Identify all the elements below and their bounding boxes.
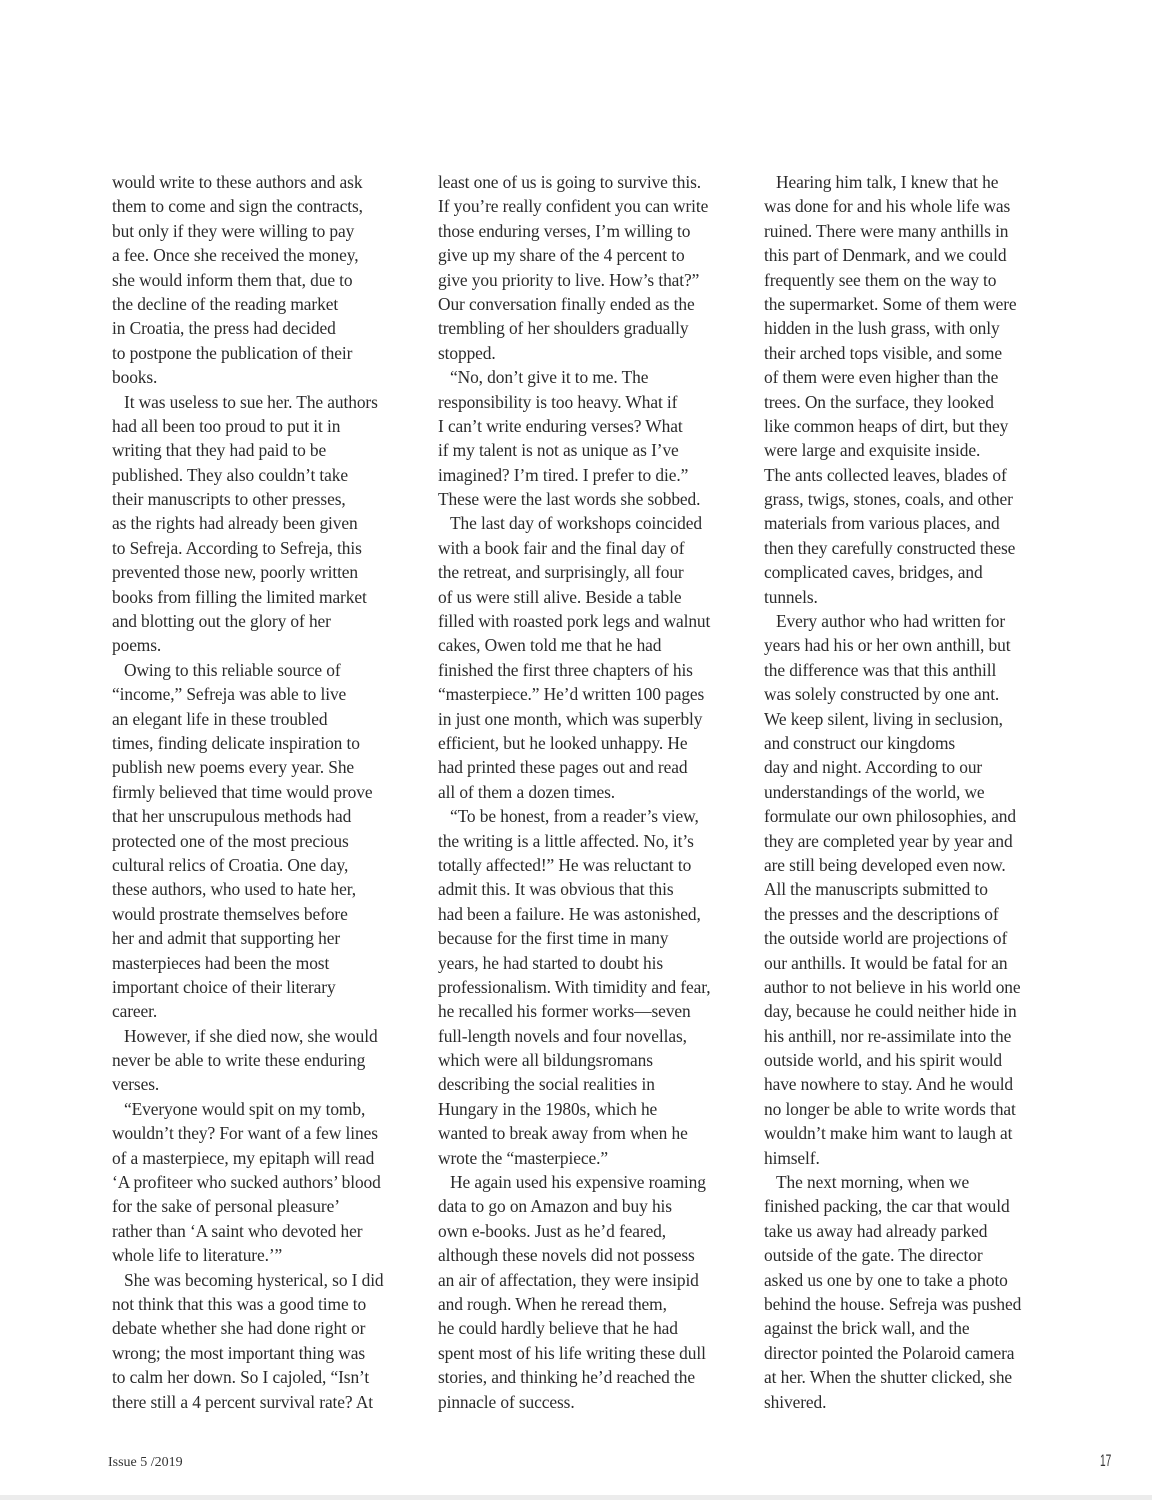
text-line: have nowhere to stay. And he would xyxy=(764,1072,1084,1096)
text-line: for the sake of personal pleasure’ xyxy=(112,1194,432,1218)
text-line: the outside world are projections of xyxy=(764,926,1084,950)
text-line: firmly believed that time would prove xyxy=(112,780,432,804)
text-line: at her. When the shutter clicked, she xyxy=(764,1365,1084,1389)
text-line: formulate our own philosophies, and xyxy=(764,804,1084,828)
text-line: admit this. It was obvious that this xyxy=(438,877,758,901)
text-line: an air of affectation, they were insipid xyxy=(438,1268,758,1292)
text-line: in just one month, which was superbly xyxy=(438,707,758,731)
text-line: “To be honest, from a reader’s view, xyxy=(438,804,758,828)
text-line: We keep silent, living in seclusion, xyxy=(764,707,1084,731)
text-line: author to not believe in his world one xyxy=(764,975,1084,999)
text-line: Owing to this reliable source of xyxy=(112,658,432,682)
magazine-page: would write to these authors and askthem… xyxy=(0,0,1152,1495)
text-line: ‘A profiteer who sucked authors’ blood xyxy=(112,1170,432,1194)
text-line: the writing is a little affected. No, it… xyxy=(438,829,758,853)
page-bottom-edge xyxy=(0,1495,1152,1500)
text-line: himself. xyxy=(764,1146,1084,1170)
text-line: rather than ‘A saint who devoted her xyxy=(112,1219,432,1243)
text-line: She was becoming hysterical, so I did xyxy=(112,1268,432,1292)
text-line: with a book fair and the final day of xyxy=(438,536,758,560)
text-line: finished packing, the car that would xyxy=(764,1194,1084,1218)
text-line: had all been too proud to put it in xyxy=(112,414,432,438)
text-line: an elegant life in these troubled xyxy=(112,707,432,731)
text-line: had printed these pages out and read xyxy=(438,755,758,779)
text-line: stopped. xyxy=(438,341,758,365)
text-line: describing the social realities in xyxy=(438,1072,758,1096)
text-line: had been a failure. He was astonished, xyxy=(438,902,758,926)
text-line: The next morning, when we xyxy=(764,1170,1084,1194)
text-line: he could hardly believe that he had xyxy=(438,1316,758,1340)
text-line: wrote the “masterpiece.” xyxy=(438,1146,758,1170)
text-line: masterpieces had been the most xyxy=(112,951,432,975)
text-line: against the brick wall, and the xyxy=(764,1316,1084,1340)
text-line: all of them a dozen times. xyxy=(438,780,758,804)
text-line: in Croatia, the press had decided xyxy=(112,316,432,340)
text-line: “Everyone would spit on my tomb, xyxy=(112,1097,432,1121)
text-line: his anthill, nor re-assimilate into the xyxy=(764,1024,1084,1048)
text-line: years, he had started to doubt his xyxy=(438,951,758,975)
text-line: them to come and sign the contracts, xyxy=(112,194,432,218)
text-line: “No, don’t give it to me. The xyxy=(438,365,758,389)
text-line: and blotting out the glory of her xyxy=(112,609,432,633)
text-line: efficient, but he looked unhappy. He xyxy=(438,731,758,755)
text-line: It was useless to sue her. The authors xyxy=(112,390,432,414)
text-line: a fee. Once she received the money, xyxy=(112,243,432,267)
text-line: of us were still alive. Beside a table xyxy=(438,585,758,609)
text-line: Every author who had written for xyxy=(764,609,1084,633)
text-line: published. They also couldn’t take xyxy=(112,463,432,487)
text-line: cultural relics of Croatia. One day, xyxy=(112,853,432,877)
text-line: cakes, Owen told me that he had xyxy=(438,633,758,657)
text-line: full-length novels and four novellas, xyxy=(438,1024,758,1048)
text-line: not think that this was a good time to xyxy=(112,1292,432,1316)
text-line: grass, twigs, stones, coals, and other xyxy=(764,487,1084,511)
text-line: our anthills. It would be fatal for an xyxy=(764,951,1084,975)
text-line: books. xyxy=(112,365,432,389)
text-line: “income,” Sefreja was able to live xyxy=(112,682,432,706)
text-line: responsibility is too heavy. What if xyxy=(438,390,758,414)
text-line: behind the house. Sefreja was pushed xyxy=(764,1292,1084,1316)
text-line: understandings of the world, we xyxy=(764,780,1084,804)
text-line: was solely constructed by one ant. xyxy=(764,682,1084,706)
text-line: she would inform them that, due to xyxy=(112,268,432,292)
text-line: although these novels did not possess xyxy=(438,1243,758,1267)
text-line: ruined. There were many anthills in xyxy=(764,219,1084,243)
text-line: prevented those new, poorly written xyxy=(112,560,432,584)
text-line: like common heaps of dirt, but they xyxy=(764,414,1084,438)
text-line: The last day of workshops coincided xyxy=(438,511,758,535)
text-line: he recalled his former works—seven xyxy=(438,999,758,1023)
text-line: career. xyxy=(112,999,432,1023)
text-line: her and admit that supporting her xyxy=(112,926,432,950)
text-line: stories, and thinking he’d reached the xyxy=(438,1365,758,1389)
text-line: years had his or her own anthill, but xyxy=(764,633,1084,657)
text-line: materials from various places, and xyxy=(764,511,1084,535)
text-line: own e-books. Just as he’d feared, xyxy=(438,1219,758,1243)
text-line: He again used his expensive roaming xyxy=(438,1170,758,1194)
text-line: there still a 4 percent survival rate? A… xyxy=(112,1390,432,1414)
text-line: of a masterpiece, my epitaph will read xyxy=(112,1146,432,1170)
text-line: filled with roasted pork legs and walnut xyxy=(438,609,758,633)
text-line: shivered. xyxy=(764,1390,1084,1414)
text-line: give up my share of the 4 percent to xyxy=(438,243,758,267)
text-line: are still being developed even now. xyxy=(764,853,1084,877)
text-line: least one of us is going to survive this… xyxy=(438,170,758,194)
text-line: and rough. When he reread them, xyxy=(438,1292,758,1316)
text-line: These were the last words she sobbed. xyxy=(438,487,758,511)
text-line: this part of Denmark, and we could xyxy=(764,243,1084,267)
text-line: the decline of the reading market xyxy=(112,292,432,316)
text-line: totally affected!” He was reluctant to xyxy=(438,853,758,877)
text-line: day and night. According to our xyxy=(764,755,1084,779)
issue-label: Issue 5 /2019 xyxy=(108,1455,183,1471)
text-line: “masterpiece.” He’d written 100 pages xyxy=(438,682,758,706)
text-line: to Sefreja. According to Sefreja, this xyxy=(112,536,432,560)
text-line: I can’t write enduring verses? What xyxy=(438,414,758,438)
text-line: trees. On the surface, they looked xyxy=(764,390,1084,414)
text-line: but only if they were willing to pay xyxy=(112,219,432,243)
text-line: frequently see them on the way to xyxy=(764,268,1084,292)
page-number: 17 xyxy=(1100,1451,1111,1471)
text-line: outside of the gate. The director xyxy=(764,1243,1084,1267)
text-line: Hungary in the 1980s, which he xyxy=(438,1097,758,1121)
text-line: if my talent is not as unique as I’ve xyxy=(438,438,758,462)
text-line: All the manuscripts submitted to xyxy=(764,877,1084,901)
text-line: day, because he could neither hide in xyxy=(764,999,1084,1023)
text-line: verses. xyxy=(112,1072,432,1096)
text-line: tunnels. xyxy=(764,585,1084,609)
text-line: they are completed year by year and xyxy=(764,829,1084,853)
text-line: to calm her down. So I cajoled, “Isn’t xyxy=(112,1365,432,1389)
text-line: Our conversation finally ended as the xyxy=(438,292,758,316)
text-line: never be able to write these enduring xyxy=(112,1048,432,1072)
text-line: then they carefully constructed these xyxy=(764,536,1084,560)
text-line: wouldn’t they? For want of a few lines xyxy=(112,1121,432,1145)
text-line: pinnacle of success. xyxy=(438,1390,758,1414)
text-line: director pointed the Polaroid camera xyxy=(764,1341,1084,1365)
text-line: which were all bildungsromans xyxy=(438,1048,758,1072)
text-line: the presses and the descriptions of xyxy=(764,902,1084,926)
text-line: books from filling the limited market xyxy=(112,585,432,609)
text-line: trembling of her shoulders gradually xyxy=(438,316,758,340)
text-line: the retreat, and surprisingly, all four xyxy=(438,560,758,584)
text-line: important choice of their literary xyxy=(112,975,432,999)
text-line: complicated caves, bridges, and xyxy=(764,560,1084,584)
text-column-1: would write to these authors and askthem… xyxy=(112,170,432,1414)
text-line: no longer be able to write words that xyxy=(764,1097,1084,1121)
text-line: spent most of his life writing these dul… xyxy=(438,1341,758,1365)
text-line: imagined? I’m tired. I prefer to die.” xyxy=(438,463,758,487)
text-line: of them were even higher than the xyxy=(764,365,1084,389)
text-line: were large and exquisite inside. xyxy=(764,438,1084,462)
text-line: take us away had already parked xyxy=(764,1219,1084,1243)
text-line: wouldn’t make him want to laugh at xyxy=(764,1121,1084,1145)
text-line: protected one of the most precious xyxy=(112,829,432,853)
text-line: asked us one by one to take a photo xyxy=(764,1268,1084,1292)
text-line: Hearing him talk, I knew that he xyxy=(764,170,1084,194)
text-line: writing that they had paid to be xyxy=(112,438,432,462)
text-line: as the rights had already been given xyxy=(112,511,432,535)
text-column-3: Hearing him talk, I knew that hewas done… xyxy=(764,170,1084,1414)
text-line: The ants collected leaves, blades of xyxy=(764,463,1084,487)
text-line: these authors, who used to hate her, xyxy=(112,877,432,901)
text-line: would write to these authors and ask xyxy=(112,170,432,194)
text-line: debate whether she had done right or xyxy=(112,1316,432,1340)
text-line: give you priority to live. How’s that?” xyxy=(438,268,758,292)
text-line: outside world, and his spirit would xyxy=(764,1048,1084,1072)
text-column-2: least one of us is going to survive this… xyxy=(438,170,758,1414)
text-line: finished the first three chapters of his xyxy=(438,658,758,682)
text-line: the difference was that this anthill xyxy=(764,658,1084,682)
text-line: publish new poems every year. She xyxy=(112,755,432,779)
text-line: If you’re really confident you can write xyxy=(438,194,758,218)
text-line: and construct our kingdoms xyxy=(764,731,1084,755)
text-line: wanted to break away from when he xyxy=(438,1121,758,1145)
text-line: hidden in the lush grass, with only xyxy=(764,316,1084,340)
text-line: wrong; the most important thing was xyxy=(112,1341,432,1365)
text-line: that her unscrupulous methods had xyxy=(112,804,432,828)
text-line: the supermarket. Some of them were xyxy=(764,292,1084,316)
text-line: their arched tops visible, and some xyxy=(764,341,1084,365)
text-line: poems. xyxy=(112,633,432,657)
text-line: However, if she died now, she would xyxy=(112,1024,432,1048)
text-line: whole life to literature.’” xyxy=(112,1243,432,1267)
text-line: professionalism. With timidity and fear, xyxy=(438,975,758,999)
text-line: their manuscripts to other presses, xyxy=(112,487,432,511)
text-line: was done for and his whole life was xyxy=(764,194,1084,218)
text-line: times, finding delicate inspiration to xyxy=(112,731,432,755)
text-line: data to go on Amazon and buy his xyxy=(438,1194,758,1218)
text-line: would prostrate themselves before xyxy=(112,902,432,926)
text-line: to postpone the publication of their xyxy=(112,341,432,365)
text-line: because for the first time in many xyxy=(438,926,758,950)
text-line: those enduring verses, I’m willing to xyxy=(438,219,758,243)
